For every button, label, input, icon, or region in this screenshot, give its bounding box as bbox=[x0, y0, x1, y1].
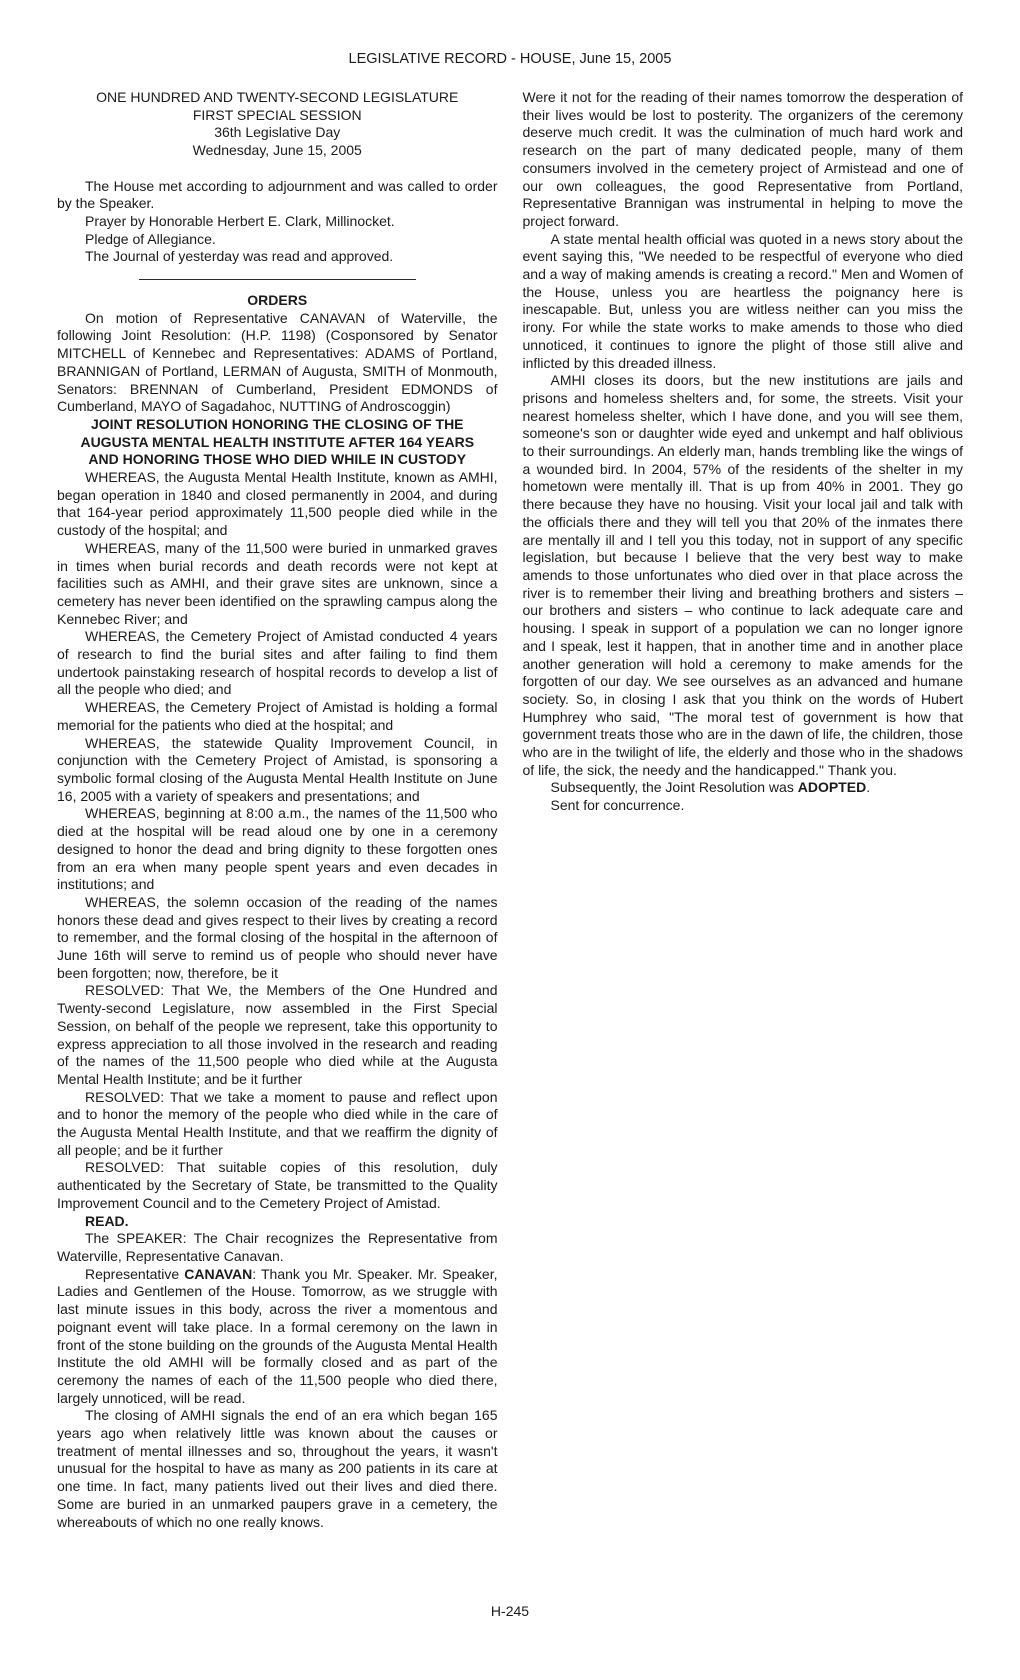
right-column: Were it not for the reading of their nam… bbox=[523, 89, 964, 1531]
whereas-paragraph: WHEREAS, the Augusta Mental Health Insti… bbox=[57, 469, 498, 540]
sent-for-concurrence-line: Sent for concurrence. bbox=[523, 797, 964, 815]
adopted-status: ADOPTED bbox=[798, 779, 866, 795]
resolution-title-line: AND HONORING THOSE WHO DIED WHILE IN CUS… bbox=[57, 451, 498, 469]
session-heading-line: ONE HUNDRED AND TWENTY-SECOND LEGISLATUR… bbox=[57, 89, 498, 107]
adopted-prefix: Subsequently, the Joint Resolution was bbox=[551, 779, 798, 795]
speaker-recognition-paragraph: The SPEAKER: The Chair recognizes the Re… bbox=[57, 1230, 498, 1265]
canavan-speech-paragraph: Representative CANAVAN: Thank you Mr. Sp… bbox=[57, 1266, 498, 1408]
resolved-paragraph: RESOLVED: That suitable copies of this r… bbox=[57, 1159, 498, 1212]
opening-paragraph: Prayer by Honorable Herbert E. Clark, Mi… bbox=[57, 213, 498, 231]
page-number: H-245 bbox=[0, 1603, 1020, 1619]
speech-paragraph: AMHI closes its doors, but the new insti… bbox=[523, 372, 964, 779]
opening-paragraph: The House met according to adjournment a… bbox=[57, 178, 498, 213]
orders-motion-paragraph: On motion of Representative CANAVAN of W… bbox=[57, 310, 498, 416]
speech-continuation-paragraph: Were it not for the reading of their nam… bbox=[523, 89, 964, 231]
whereas-paragraph: WHEREAS, the Cemetery Project of Amistad… bbox=[57, 628, 498, 699]
adopted-suffix: . bbox=[866, 779, 870, 795]
orders-heading: ORDERS bbox=[57, 292, 498, 310]
document-body: ONE HUNDRED AND TWENTY-SECOND LEGISLATUR… bbox=[0, 89, 1020, 1531]
opening-paragraph: Pledge of Allegiance. bbox=[57, 231, 498, 249]
speech-body: : Thank you Mr. Speaker. Mr. Speaker, La… bbox=[57, 1266, 498, 1406]
whereas-paragraph: WHEREAS, the statewide Quality Improveme… bbox=[57, 735, 498, 806]
session-heading-line: Wednesday, June 15, 2005 bbox=[57, 142, 498, 160]
opening-paragraph: The Journal of yesterday was read and ap… bbox=[57, 248, 498, 266]
resolved-paragraph: RESOLVED: That we take a moment to pause… bbox=[57, 1089, 498, 1160]
speech-prefix: Representative bbox=[85, 1266, 184, 1282]
spacer bbox=[57, 160, 498, 178]
adopted-status-line: Subsequently, the Joint Resolution was A… bbox=[523, 779, 964, 797]
speech-paragraph: A state mental health official was quote… bbox=[523, 231, 964, 373]
session-heading-line: 36th Legislative Day bbox=[57, 124, 498, 142]
section-divider bbox=[139, 279, 416, 280]
read-label: READ. bbox=[57, 1213, 498, 1231]
whereas-paragraph: WHEREAS, the solemn occasion of the read… bbox=[57, 894, 498, 983]
left-column: ONE HUNDRED AND TWENTY-SECOND LEGISLATUR… bbox=[57, 89, 498, 1531]
whereas-paragraph: WHEREAS, beginning at 8:00 a.m., the nam… bbox=[57, 805, 498, 894]
whereas-paragraph: WHEREAS, the Cemetery Project of Amistad… bbox=[57, 699, 498, 734]
resolution-title-line: JOINT RESOLUTION HONORING THE CLOSING OF… bbox=[57, 416, 498, 434]
page-header-title: LEGISLATIVE RECORD - HOUSE, June 15, 200… bbox=[0, 0, 1020, 68]
representative-name: CANAVAN bbox=[184, 1266, 252, 1282]
resolved-paragraph: RESOLVED: That We, the Members of the On… bbox=[57, 982, 498, 1088]
session-heading-line: FIRST SPECIAL SESSION bbox=[57, 107, 498, 125]
amhi-closing-paragraph: The closing of AMHI signals the end of a… bbox=[57, 1407, 498, 1531]
resolution-title-line: AUGUSTA MENTAL HEALTH INSTITUTE AFTER 16… bbox=[57, 434, 498, 452]
whereas-paragraph: WHEREAS, many of the 11,500 were buried … bbox=[57, 540, 498, 629]
